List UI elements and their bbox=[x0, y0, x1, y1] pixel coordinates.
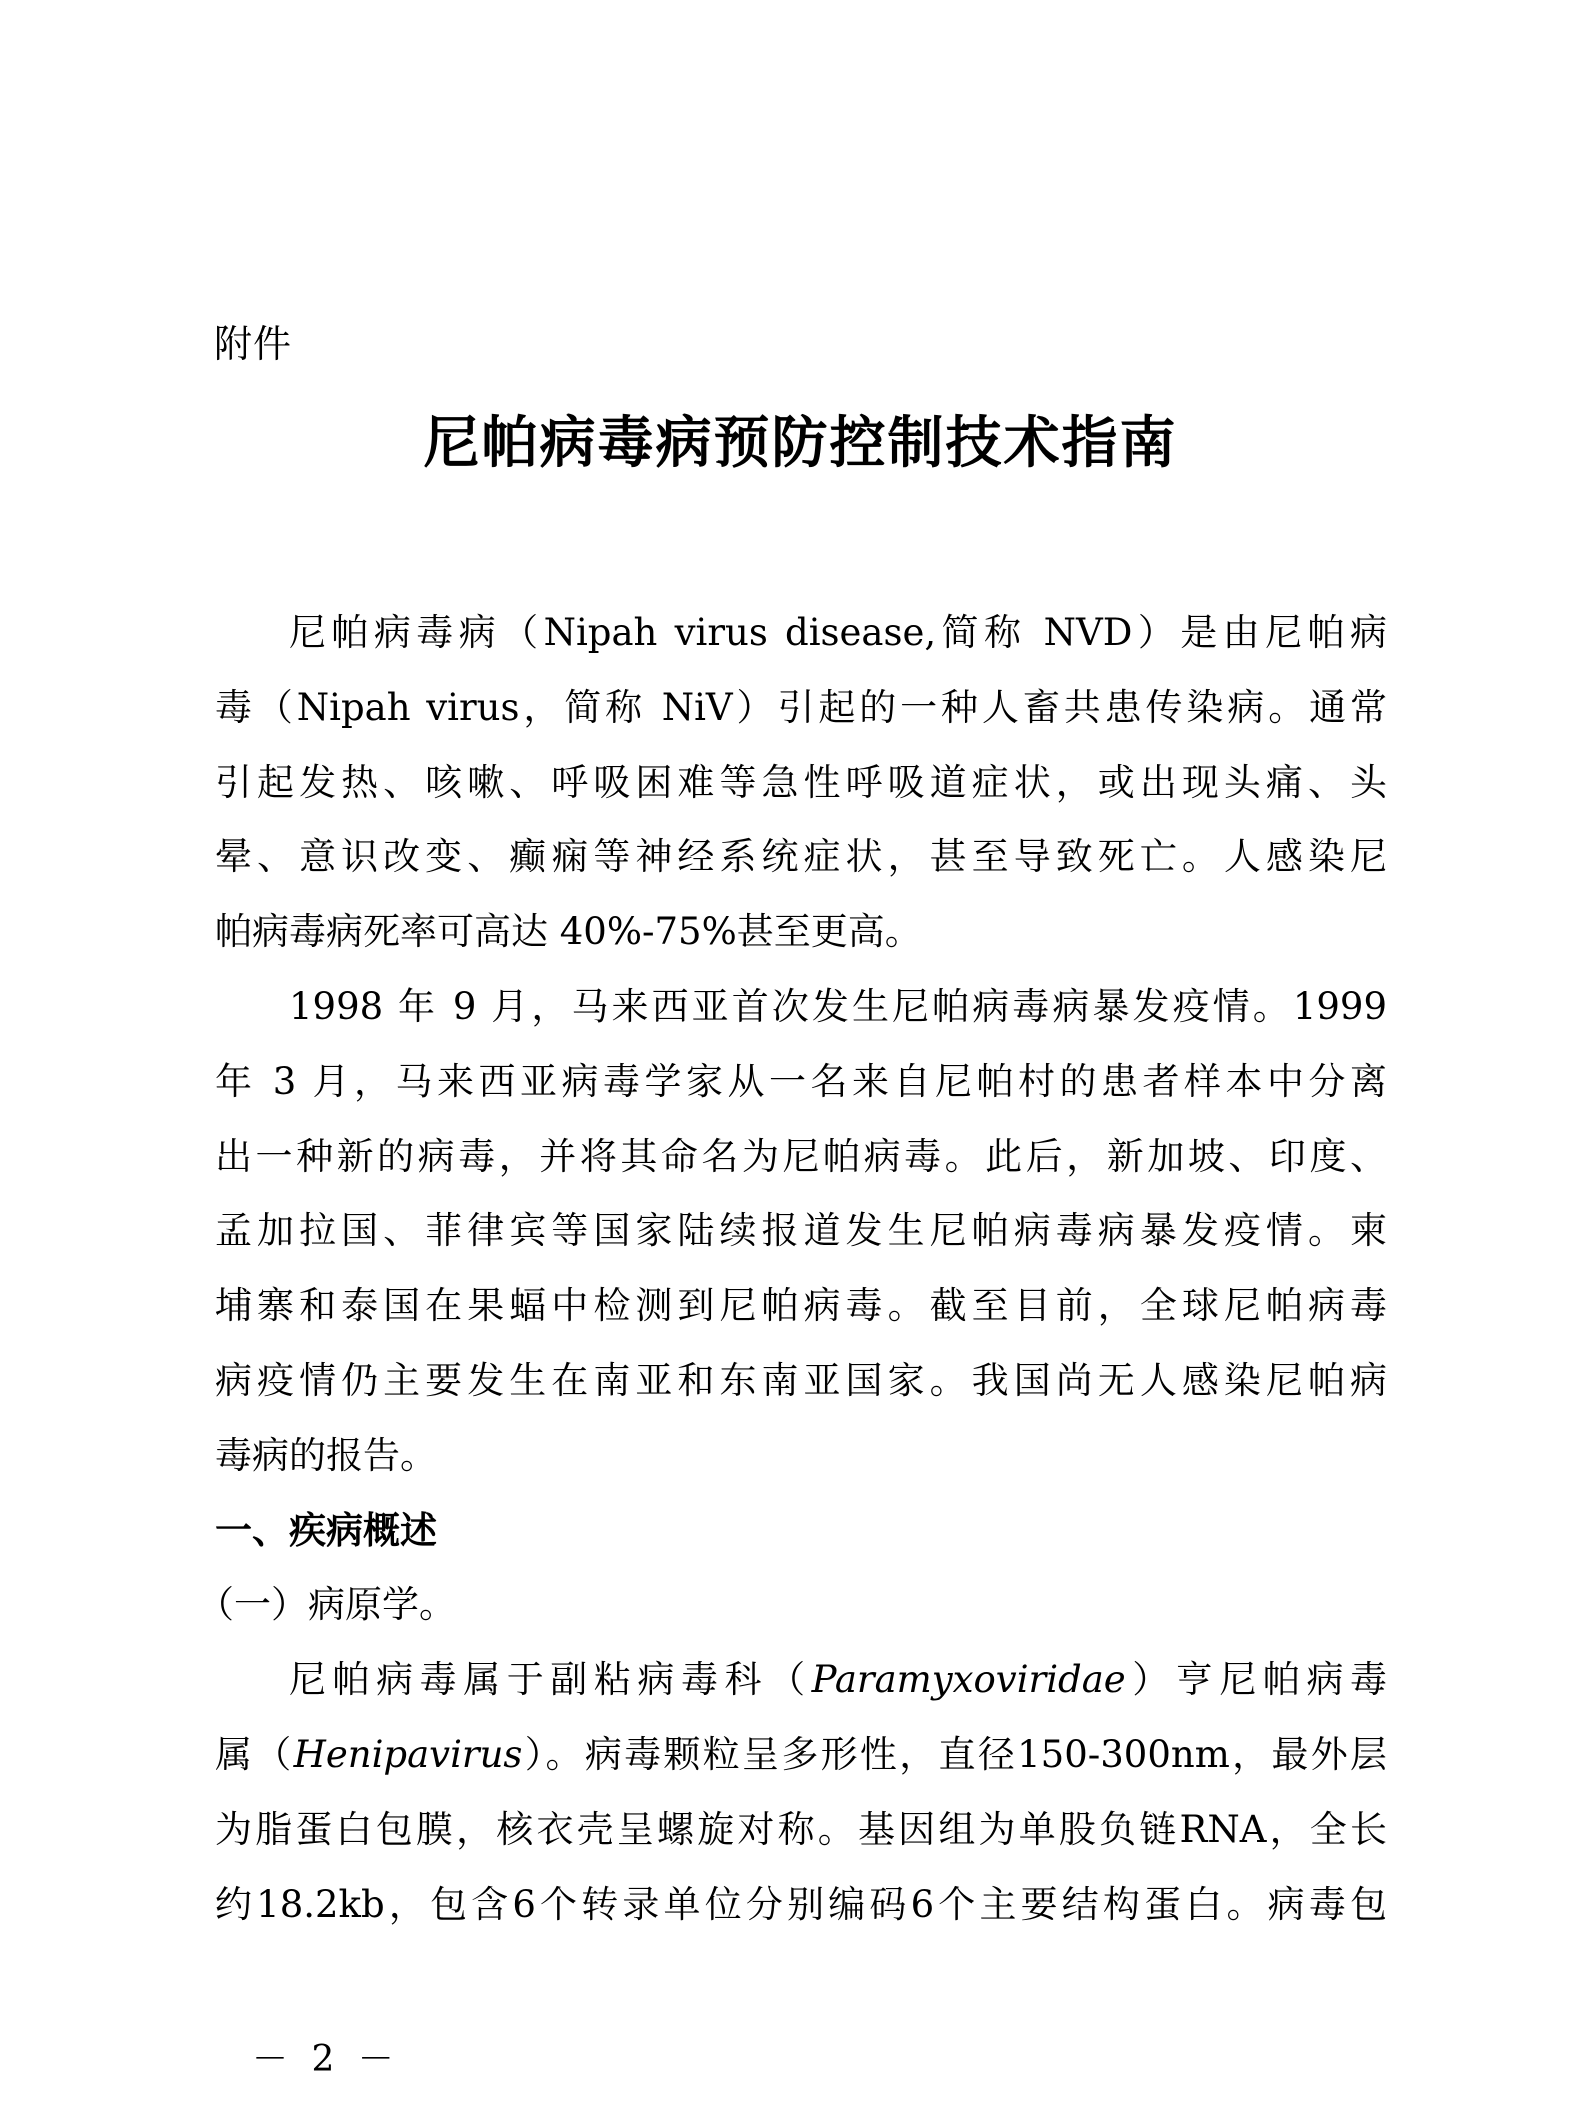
paragraph-intro: 尼帕病毒病（Nipah virus disease,简称 NVD）是由尼帕病 毒… bbox=[215, 596, 1387, 970]
text-line: 属（Henipavirus）。病毒颗粒呈多形性，直径150-300nm，最外层 bbox=[215, 1718, 1387, 1793]
page-number: － 2 － bbox=[252, 2036, 400, 2084]
text-segment: ）亨尼帕病毒 bbox=[1126, 1658, 1387, 1701]
document-page: 附件 尼帕病毒病预防控制技术指南 尼帕病毒病（Nipah virus disea… bbox=[0, 0, 1587, 2123]
text-line: 病疫情仍主要发生在南亚和东南亚国家。我国尚无人感染尼帕病 bbox=[215, 1344, 1387, 1419]
text-line: 毒病的报告。 bbox=[215, 1419, 1387, 1494]
text-segment: 属（ bbox=[215, 1733, 294, 1776]
paragraph-history: 1998 年 9 月，马来西亚首次发生尼帕病毒病暴发疫情。1999 年 3 月，… bbox=[215, 970, 1387, 1494]
text-segment: ）。病毒颗粒呈多形性，直径150-300nm，最外层 bbox=[522, 1733, 1387, 1776]
heading-text: （一）病原学。 bbox=[197, 1568, 1387, 1643]
text-line: 年 3 月，马来西亚病毒学家从一名来自尼帕村的患者样本中分离 bbox=[215, 1045, 1387, 1120]
text-line: 引起发热、咳嗽、呼吸困难等急性呼吸道症状，或出现头痛、头 bbox=[215, 746, 1387, 821]
text-line: 孟加拉国、菲律宾等国家陆续报道发生尼帕病毒病暴发疫情。柬 bbox=[215, 1194, 1387, 1269]
family-name-italic: Paramyxoviridae bbox=[812, 1658, 1126, 1701]
text-line: 帕病毒病死率可高达 40%-75%甚至更高。 bbox=[215, 895, 1387, 970]
document-body: 尼帕病毒病（Nipah virus disease,简称 NVD）是由尼帕病 毒… bbox=[215, 596, 1387, 1942]
text-line: 尼帕病毒病（Nipah virus disease,简称 NVD）是由尼帕病 bbox=[215, 596, 1387, 671]
text-line: 为脂蛋白包膜，核衣壳呈螺旋对称。基因组为单股负链RNA，全长 bbox=[215, 1793, 1387, 1868]
section-heading-disease-overview: 一、疾病概述 bbox=[215, 1494, 1387, 1569]
text-line: 1998 年 9 月，马来西亚首次发生尼帕病毒病暴发疫情。1999 bbox=[215, 970, 1387, 1045]
text-line: 约18.2kb，包含6个转录单位分别编码6个主要结构蛋白。病毒包 bbox=[215, 1868, 1387, 1943]
text-line: 毒（Nipah virus，简称 NiV）引起的一种人畜共患传染病。通常 bbox=[215, 671, 1387, 746]
text-line: 尼帕病毒属于副粘病毒科（Paramyxoviridae）亨尼帕病毒 bbox=[215, 1643, 1387, 1718]
subsection-heading-etiology: （一）病原学。 bbox=[215, 1568, 1387, 1643]
genus-name-italic: Henipavirus bbox=[294, 1733, 523, 1776]
text-line: 埔寨和泰国在果蝠中检测到尼帕病毒。截至目前，全球尼帕病毒 bbox=[215, 1269, 1387, 1344]
heading-text: 一、疾病概述 bbox=[215, 1494, 1387, 1569]
text-segment: 尼帕病毒属于副粘病毒科（ bbox=[289, 1658, 812, 1701]
text-line: 出一种新的病毒，并将其命名为尼帕病毒。此后，新加坡、印度、 bbox=[215, 1120, 1387, 1195]
document-title: 尼帕病毒病预防控制技术指南 bbox=[0, 405, 1587, 481]
paragraph-etiology: 尼帕病毒属于副粘病毒科（Paramyxoviridae）亨尼帕病毒 属（Heni… bbox=[215, 1643, 1387, 1942]
text-line: 晕、意识改变、癫痫等神经系统症状，甚至导致死亡。人感染尼 bbox=[215, 820, 1387, 895]
attachment-label: 附件 bbox=[214, 318, 292, 370]
